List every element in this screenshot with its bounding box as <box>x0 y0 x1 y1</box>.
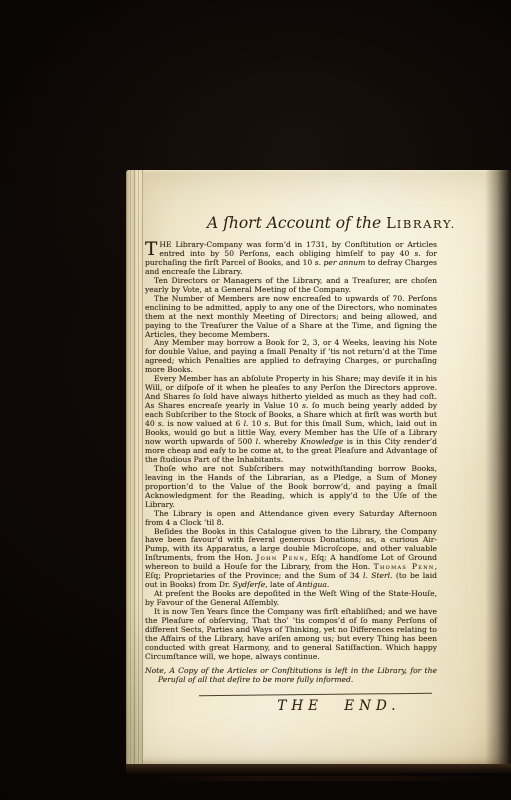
body-paragraph: Any Member may borrow a Book for 2, 3, o… <box>145 339 437 375</box>
body-paragraph: The Number of Members are now encreaſed … <box>145 295 437 340</box>
the-end-label: THE END. <box>145 698 437 714</box>
body-paragraph: Thoſe who are not Subſcribers may notwit… <box>145 465 437 510</box>
book-bottom-edge <box>126 764 511 773</box>
page-title: A ſhort Account of the LIBRARY. <box>145 214 437 234</box>
text-segment: Note, <box>145 666 169 675</box>
text-segment: Thoſe who are not Subſcribers may notwit… <box>145 464 437 509</box>
book-page: A ſhort Account of the LIBRARY. THE Libr… <box>126 170 511 764</box>
gutter-shadow <box>485 170 511 764</box>
drop-cap-initial: T <box>145 241 159 258</box>
end-rule <box>199 692 432 695</box>
photo-backdrop: A ſhort Account of the LIBRARY. THE Libr… <box>0 0 511 800</box>
text-segment: 10 <box>248 419 264 428</box>
opening-paragraph: THE Library-Company was form’d in 1731, … <box>145 241 437 277</box>
text-segment: The Library is open and Attendance given… <box>145 509 437 527</box>
body-paragraph: The Library is open and Attendance given… <box>145 510 437 528</box>
shadow-streak <box>150 776 500 781</box>
title-caps-rest: IBRARY. <box>397 217 456 231</box>
title-caps-initial: L <box>386 216 397 232</box>
body-paragraph: It is now Ten Years ſince the Company wa… <box>145 608 437 662</box>
text-segment: At preſent the Books are depoſited in th… <box>145 589 437 607</box>
text-segment: whereby <box>260 437 300 446</box>
text-segment: Sydſerſe <box>233 580 266 589</box>
text-segment: , late of <box>265 580 297 589</box>
text-segment: Ten Directors or Managers of the Library… <box>145 276 437 294</box>
body-text: THE Library-Company was form’d in 1731, … <box>145 241 437 685</box>
text-segment: It is now Ten Years ſince the Company wa… <box>145 607 437 661</box>
text-segment: l. Sterl. <box>363 571 393 580</box>
text-segment: is now valued at 6 <box>164 419 243 428</box>
title-lead: A ſhort Account of the <box>207 214 386 232</box>
page-text-block: A ſhort Account of the LIBRARY. THE Libr… <box>145 214 437 714</box>
body-paragraph: At preſent the Books are depoſited in th… <box>145 590 437 608</box>
text-segment: Antigua <box>297 580 327 589</box>
text-segment: A Copy of the Articles or Conſtitutions … <box>158 666 437 684</box>
text-segment: The Number of Members are now encreaſed … <box>145 294 437 339</box>
page-fore-edges <box>126 170 143 764</box>
text-segment: Knowledge <box>300 437 343 446</box>
body-paragraph: Every Member has an abſolute Property in… <box>145 375 437 465</box>
text-segment: John Penn <box>256 553 305 562</box>
text-segment: . <box>327 580 329 589</box>
text-segment: HE Library-Company was form’d in 1731, b… <box>159 240 437 258</box>
body-paragraph: Ten Directors or Managers of the Library… <box>145 277 437 295</box>
text-segment: Any Member may borrow a Book for 2, 3, o… <box>145 338 437 374</box>
text-segment: s. per annum <box>315 258 366 267</box>
note-paragraph: Note, A Copy of the Articles or Conſtitu… <box>145 667 437 685</box>
text-segment: Thomas Penn <box>374 562 435 571</box>
body-paragraph: Beſides the Books in this Catalogue give… <box>145 528 437 591</box>
